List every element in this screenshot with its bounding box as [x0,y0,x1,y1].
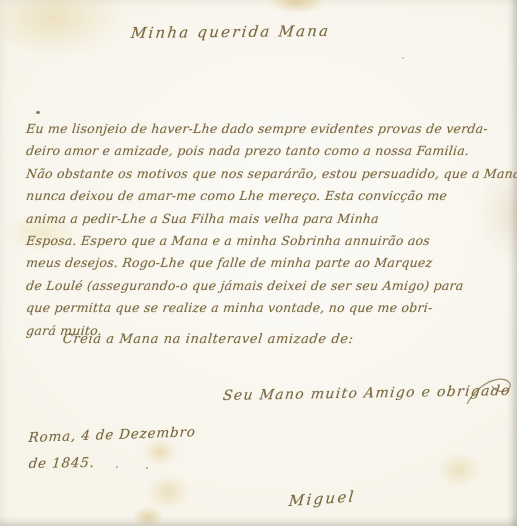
letter-body: Eu me lisonjeio de haver-Lhe dado sempre… [25,118,511,342]
salutation: Minha querida Mana [130,22,331,42]
body-line: Não obstante os motivos que nos separárã… [25,163,513,185]
place-date-line-2: de 1845. [28,455,95,472]
ink-speck [116,466,118,468]
body-line: nunca deixou de amar-me como Lhe mereço.… [25,185,513,207]
body-line: Esposa. Espero que a Mana e a minha Sobr… [25,230,513,252]
place-date-line-1: Roma, 4 de Dezembro [28,424,196,446]
farewell-line: Creia a Mana na inalteravel amizade de: [62,332,354,347]
body-line: de Loulé (assegurando-o que jámais deixe… [25,275,513,297]
signature: Miguel [288,487,356,510]
ink-speck [146,467,148,469]
body-line: meus desejos. Rogo-Lhe que falle de minh… [25,252,513,274]
ink-speck [402,57,404,59]
body-line: que permitta que se realize a minha vont… [25,297,513,319]
scanned-letter-page: Minha querida Mana Eu me lisonjeio de ha… [0,0,517,526]
pen-flourish-icon [466,374,514,408]
body-line: Eu me lisonjeio de haver-Lhe dado sempre… [25,118,513,140]
body-line: anima a pedir-Lhe a Sua Filha mais velha… [25,208,513,230]
ink-speck [36,111,40,114]
body-line: deiro amor e amizade, pois nada prezo ta… [25,140,513,162]
